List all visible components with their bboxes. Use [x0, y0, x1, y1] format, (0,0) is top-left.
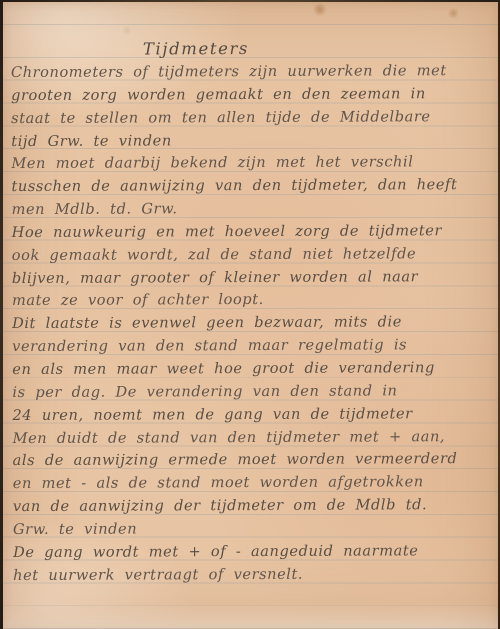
handwritten-line: De gang wordt met + of - aangeduid naarm…: [13, 540, 493, 565]
handwritten-line: en met - als de stand moet worden afgetr…: [13, 471, 493, 496]
page-title: Tijdmeters: [11, 35, 491, 62]
handwritten-line: Dit laatste is evenwel geen bezwaar, mit…: [12, 311, 492, 336]
handwritten-line: Hoe nauwkeurig en met hoeveel zorg de ti…: [12, 220, 492, 245]
notebook-paper: Tijdmeters Chronometers of tijdmeters zi…: [3, 2, 498, 629]
handwritten-line: blijven, maar grooter of kleiner worden …: [12, 266, 492, 291]
page-edge-top: [0, 0, 500, 2]
handwritten-line: staat te stellen om ten allen tijde de M…: [11, 106, 491, 131]
page-edge-left: [0, 0, 3, 629]
handwritten-line: is per dag. De verandering van den stand…: [12, 380, 492, 405]
handwritten-line: verandering van den stand maar regelmati…: [12, 334, 492, 359]
handwritten-line: en als men maar weet hoe groot die veran…: [12, 357, 492, 382]
handwritten-line: van de aanwijzing der tijdmeter om de Md…: [13, 494, 493, 519]
handwritten-line: men Mdlb. td. Grw.: [12, 197, 492, 222]
handwritten-line: Men moet daarbij bekend zijn met het ver…: [11, 151, 491, 176]
handwritten-line: grooten zorg worden gemaakt en den zeema…: [11, 83, 491, 108]
handwritten-line: tusschen de aanwijzing van den tijdmeter…: [11, 174, 491, 199]
handwritten-body: Chronometers of tijdmeters zijn uurwerke…: [11, 60, 493, 587]
handwritten-line: 24 uren, noemt men de gang van de tijdme…: [12, 403, 492, 428]
handwritten-line: ook gemaakt wordt, zal de stand niet het…: [12, 243, 492, 268]
handwriting-layer: Tijdmeters Chronometers of tijdmeters zi…: [11, 35, 493, 587]
handwritten-line: mate ze voor of achter loopt.: [12, 288, 492, 313]
handwritten-line: het uurwerk vertraagt of versnelt.: [13, 563, 493, 588]
handwritten-line: Grw. te vinden: [13, 517, 493, 542]
handwritten-line: als de aanwijzing ermede moet worden ver…: [13, 448, 493, 473]
handwritten-line: tijd Grw. te vinden: [11, 128, 491, 153]
scanned-notebook-page: Tijdmeters Chronometers of tijdmeters zi…: [0, 0, 500, 629]
handwritten-line: Men duidt de stand van den tijdmeter met…: [13, 425, 493, 450]
handwritten-line: Chronometers of tijdmeters zijn uurwerke…: [11, 60, 491, 85]
